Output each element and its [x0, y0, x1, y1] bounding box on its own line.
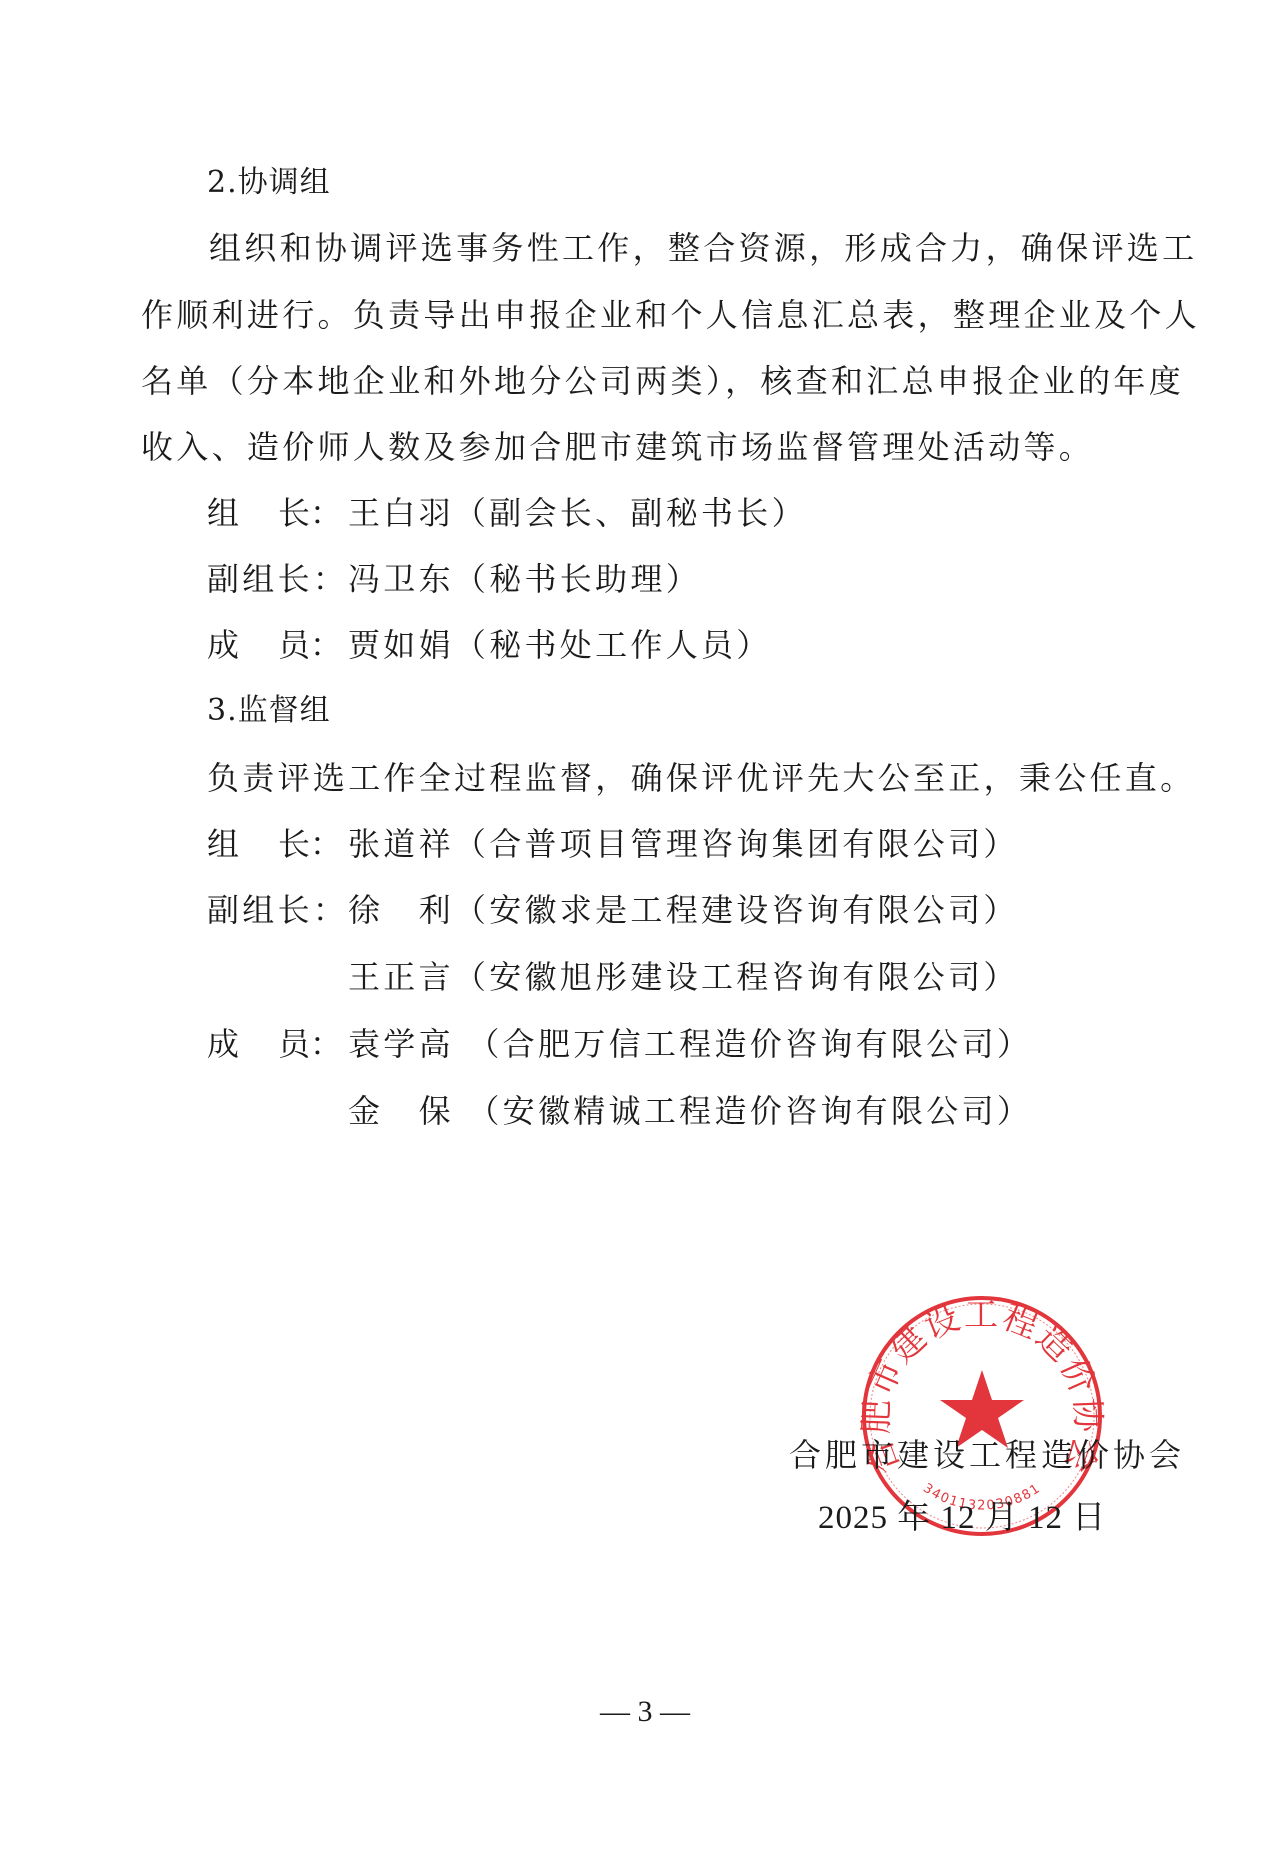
paragraph-line: 收入、造价师人数及参加合肥市建筑市场监督管理处活动等。	[141, 427, 1094, 467]
member-name: 冯卫东	[348, 560, 454, 598]
section-heading-supervision: 3.监督组	[207, 691, 331, 731]
member-detail: （秘书处工作人员）	[454, 626, 772, 664]
member-name: 王白羽	[348, 494, 454, 532]
role-label-char: 成	[207, 625, 239, 665]
role-label-char: 成	[207, 1024, 239, 1064]
member-detail: （秘书长助理）	[454, 560, 701, 598]
role-label-char: 组	[207, 824, 239, 864]
member-detail: （合肥万信工程造价咨询有限公司）	[454, 1025, 1032, 1063]
member-entry: 徐 利（安徽求是工程建设咨询有限公司）	[348, 890, 1019, 930]
member-entry: 王正言（安徽旭彤建设工程咨询有限公司）	[348, 957, 1019, 997]
member-detail: （副会长、副秘书长）	[454, 494, 807, 532]
member-name: 贾如娟	[348, 626, 454, 664]
role-label-char: 员：	[278, 625, 342, 665]
paragraph-line: 组织和协调评选事务性工作，整合资源，形成合力，确保评选工	[209, 228, 1197, 268]
role-label-char: 组	[207, 493, 239, 533]
member-name: 金 保	[348, 1092, 454, 1130]
role-label-char: 员：	[278, 1024, 342, 1064]
member-detail: （安徽求是工程建设咨询有限公司）	[454, 891, 1019, 929]
paragraph-line: 负责评选工作全过程监督，确保评优评先大公至正，秉公任直。	[207, 758, 1195, 798]
member-entry: 袁学高 （合肥万信工程造价咨询有限公司）	[348, 1024, 1032, 1064]
member-name: 徐 利	[348, 891, 454, 929]
signature-organization: 合肥市建设工程造价协会	[789, 1435, 1185, 1475]
page-number: — 3 —	[0, 1692, 1280, 1732]
member-entry: 王白羽（副会长、副秘书长）	[348, 493, 807, 533]
role-label-char: 长：	[278, 824, 342, 864]
paragraph-line: 作顺利进行。负责导出申报企业和个人信息汇总表，整理企业及个人	[141, 295, 1200, 335]
member-entry: 金 保 （安徽精诚工程造价咨询有限公司）	[348, 1091, 1032, 1131]
role-label-char: 长：	[278, 493, 342, 533]
member-entry: 冯卫东（秘书长助理）	[348, 559, 701, 599]
paragraph-line: 名单（分本地企业和外地分公司两类），核查和汇总申报企业的年度	[141, 361, 1184, 401]
member-entry: 张道祥（合普项目管理咨询集团有限公司）	[348, 824, 1019, 864]
member-entry: 贾如娟（秘书处工作人员）	[348, 625, 772, 665]
signature-date: 2025 年 12 月 12 日	[818, 1498, 1106, 1538]
member-name: 王正言	[348, 958, 454, 996]
section-heading-coordination: 2.协调组	[207, 163, 331, 203]
role-label-text: 副组长：	[207, 890, 348, 930]
member-name: 袁学高	[348, 1025, 454, 1063]
member-detail: （安徽精诚工程造价咨询有限公司）	[454, 1092, 1032, 1130]
role-label-text: 副组长：	[207, 559, 348, 599]
member-detail: （合普项目管理咨询集团有限公司）	[454, 825, 1019, 863]
member-detail: （安徽旭彤建设工程咨询有限公司）	[454, 958, 1019, 996]
member-name: 张道祥	[348, 825, 454, 863]
document-page: 2.协调组 组织和协调评选事务性工作，整合资源，形成合力，确保评选工 作顺利进行…	[0, 0, 1280, 1855]
